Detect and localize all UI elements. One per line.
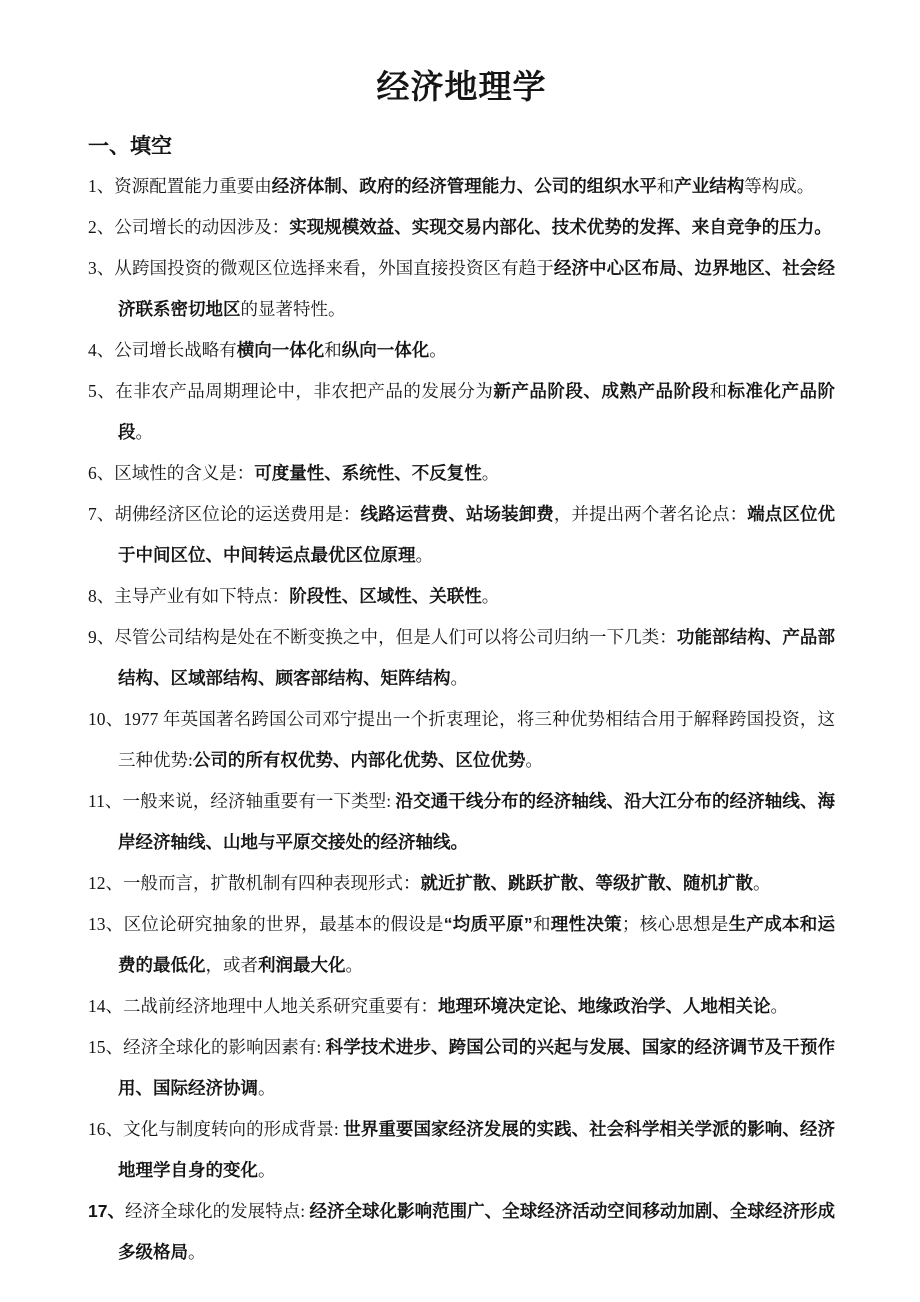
text-run: 公司的所有权优势、内部化优势、区位优势 [193, 750, 526, 770]
item-number: 11、 [88, 791, 123, 811]
list-item: 5、在非农产品周期理论中，非农把产品的发展分为新产品阶段、成熟产品阶段和标准化产… [88, 371, 835, 453]
list-item: 17、经济全球化的发展特点: 经济全球化影响范围广、全球经济活动空间移动加剧、全… [88, 1191, 835, 1273]
text-run: 。 [258, 1160, 276, 1180]
item-number: 2、 [88, 217, 114, 237]
item-number: 13、 [88, 914, 124, 934]
text-run: 。 [188, 1242, 206, 1262]
list-item: 8、主导产业有如下特点：阶段性、区域性、关联性。 [88, 576, 835, 617]
text-run: 在非农产品周期理论中，非农把产品的发展分为 [115, 381, 493, 401]
text-run: ，或者 [206, 955, 259, 975]
text-run: 和 [657, 176, 675, 196]
text-run: 。 [482, 586, 500, 606]
list-item: 15、经济全球化的影响因素有: 科学技术进步、跨国公司的兴起与发展、国家的经济调… [88, 1027, 835, 1109]
text-run: 。 [429, 340, 447, 360]
text-run: 文化与制度转向的形成背景: [123, 1119, 343, 1139]
list-item: 4、公司增长战略有横向一体化和纵向一体化。 [88, 330, 835, 371]
list-item: 7、胡佛经济区位论的运送费用是：线路运营费、站场装卸费，并提出两个著名论点：端点… [88, 494, 835, 576]
text-run: 横向一体化 [237, 340, 325, 360]
text-run: ，并提出两个著名论点： [554, 504, 747, 524]
text-run: 经济全球化的影响因素有: [123, 1037, 326, 1057]
text-run: 等构成。 [744, 176, 814, 196]
text-run: 利润最大化 [258, 955, 346, 975]
text-run: 的显著特性。 [241, 299, 346, 319]
list-item: 9、尽管公司结构是处在不断变换之中，但是人们可以将公司归纳一下几类：功能部结构、… [88, 617, 835, 699]
text-run: 。 [136, 422, 154, 442]
text-run: 。 [416, 545, 434, 565]
text-run: 胡佛经济区位论的运送费用是： [114, 504, 360, 524]
text-run: 资源配置能力重要由 [114, 176, 272, 196]
text-run: 从跨国投资的微观区位选择来看，外国直接投资区有趋于 [114, 258, 553, 278]
text-run: 产业结构 [674, 176, 744, 196]
text-run: 可度量性、系统性、不反复性 [254, 463, 482, 483]
text-run: 尽管公司结构是处在不断变换之中，但是人们可以将公司归纳一下几类： [114, 627, 676, 647]
item-number: 3、 [88, 258, 114, 278]
list-item: 3、从跨国投资的微观区位选择来看，外国直接投资区有趋于经济中心区布局、边界地区、… [88, 248, 835, 330]
list-item: 11、一般来说，经济轴重要有一下类型: 沿交通干线分布的经济轴线、沿大江分布的经… [88, 781, 835, 863]
text-run: 主导产业有如下特点： [114, 586, 289, 606]
text-run: 就近扩散、跳跃扩散、等级扩散、随机扩散 [421, 873, 754, 893]
list-item: 10、1977 年英国著名跨国公司邓宁提出一个折衷理论，将三种优势相结合用于解释… [88, 699, 835, 781]
document-title: 经济地理学 [88, 68, 835, 108]
item-number: 7、 [88, 504, 114, 524]
text-run: 。 [451, 668, 469, 688]
text-run: 理性决策 [551, 914, 622, 934]
section-heading: 一、填空 [88, 132, 835, 160]
item-number: 10、 [88, 709, 123, 729]
text-run: 区位论研究抽象的世界，最基本的假设是 [124, 914, 444, 934]
list-item: 12、一般而言，扩散机制有四种表现形式：就近扩散、跳跃扩散、等级扩散、随机扩散。 [88, 863, 835, 904]
text-run: 阶段性、区域性、关联性 [289, 586, 482, 606]
item-number: 17、 [88, 1201, 125, 1221]
list-item: 2、公司增长的动因涉及：实现规模效益、实现交易内部化、技术优势的发挥、来自竞争的… [88, 207, 835, 248]
text-run: 和 [533, 914, 551, 934]
text-run: 二战前经济地理中人地关系研究重要有： [123, 996, 438, 1016]
item-number: 12、 [88, 873, 123, 893]
text-run: 线路运营费、站场装卸费 [361, 504, 554, 524]
item-number: 9、 [88, 627, 114, 647]
item-number: 14、 [88, 996, 123, 1016]
text-run: 一般来说，经济轴重要有一下类型: [123, 791, 396, 811]
text-run: “均质平原” [444, 914, 533, 934]
item-number: 8、 [88, 586, 114, 606]
text-run: 经济全球化的发展特点: [125, 1201, 309, 1221]
text-run: ；核心思想是 [622, 914, 729, 934]
list-item: 6、区域性的含义是：可度量性、系统性、不反复性。 [88, 453, 835, 494]
item-number: 6、 [88, 463, 114, 483]
item-number: 5、 [88, 381, 115, 401]
text-run: 。 [258, 1078, 276, 1098]
item-list: 1、资源配置能力重要由经济体制、政府的经济管理能力、公司的组织水平和产业结构等构… [88, 166, 835, 1273]
text-run: 和 [324, 340, 342, 360]
text-run: 公司增长的动因涉及： [114, 217, 289, 237]
list-item: 1、资源配置能力重要由经济体制、政府的经济管理能力、公司的组织水平和产业结构等构… [88, 166, 835, 207]
list-item: 14、二战前经济地理中人地关系研究重要有：地理环境决定论、地缘政治学、人地相关论… [88, 986, 835, 1027]
text-run: 一般而言，扩散机制有四种表现形式： [123, 873, 421, 893]
text-run: 和 [709, 381, 727, 401]
text-run: 区域性的含义是： [114, 463, 254, 483]
item-number: 1、 [88, 176, 114, 196]
text-run: 公司增长战略有 [114, 340, 237, 360]
text-run: 。 [346, 955, 364, 975]
text-run: 新产品阶段、成熟产品阶段 [493, 381, 709, 401]
list-item: 16、文化与制度转向的形成背景: 世界重要国家经济发展的实践、社会科学相关学派的… [88, 1109, 835, 1191]
text-run: 经济体制、政府的经济管理能力、公司的组织水平 [272, 176, 657, 196]
item-number: 16、 [88, 1119, 123, 1139]
text-run: 。 [771, 996, 789, 1016]
text-run: 实现规模效益、实现交易内部化、技术优势的发挥、来自竞争的压力。 [289, 217, 832, 237]
item-number: 4、 [88, 340, 114, 360]
document-page: 经济地理学 一、填空 1、资源配置能力重要由经济体制、政府的经济管理能力、公司的… [0, 0, 920, 1302]
text-run: 地理环境决定论、地缘政治学、人地相关论 [438, 996, 771, 1016]
text-run: 纵向一体化 [342, 340, 430, 360]
text-run: 。 [753, 873, 771, 893]
text-run: 。 [482, 463, 500, 483]
text-run: 。 [525, 750, 543, 770]
item-number: 15、 [88, 1037, 123, 1057]
list-item: 13、区位论研究抽象的世界，最基本的假设是“均质平原”和理性决策；核心思想是生产… [88, 904, 835, 986]
